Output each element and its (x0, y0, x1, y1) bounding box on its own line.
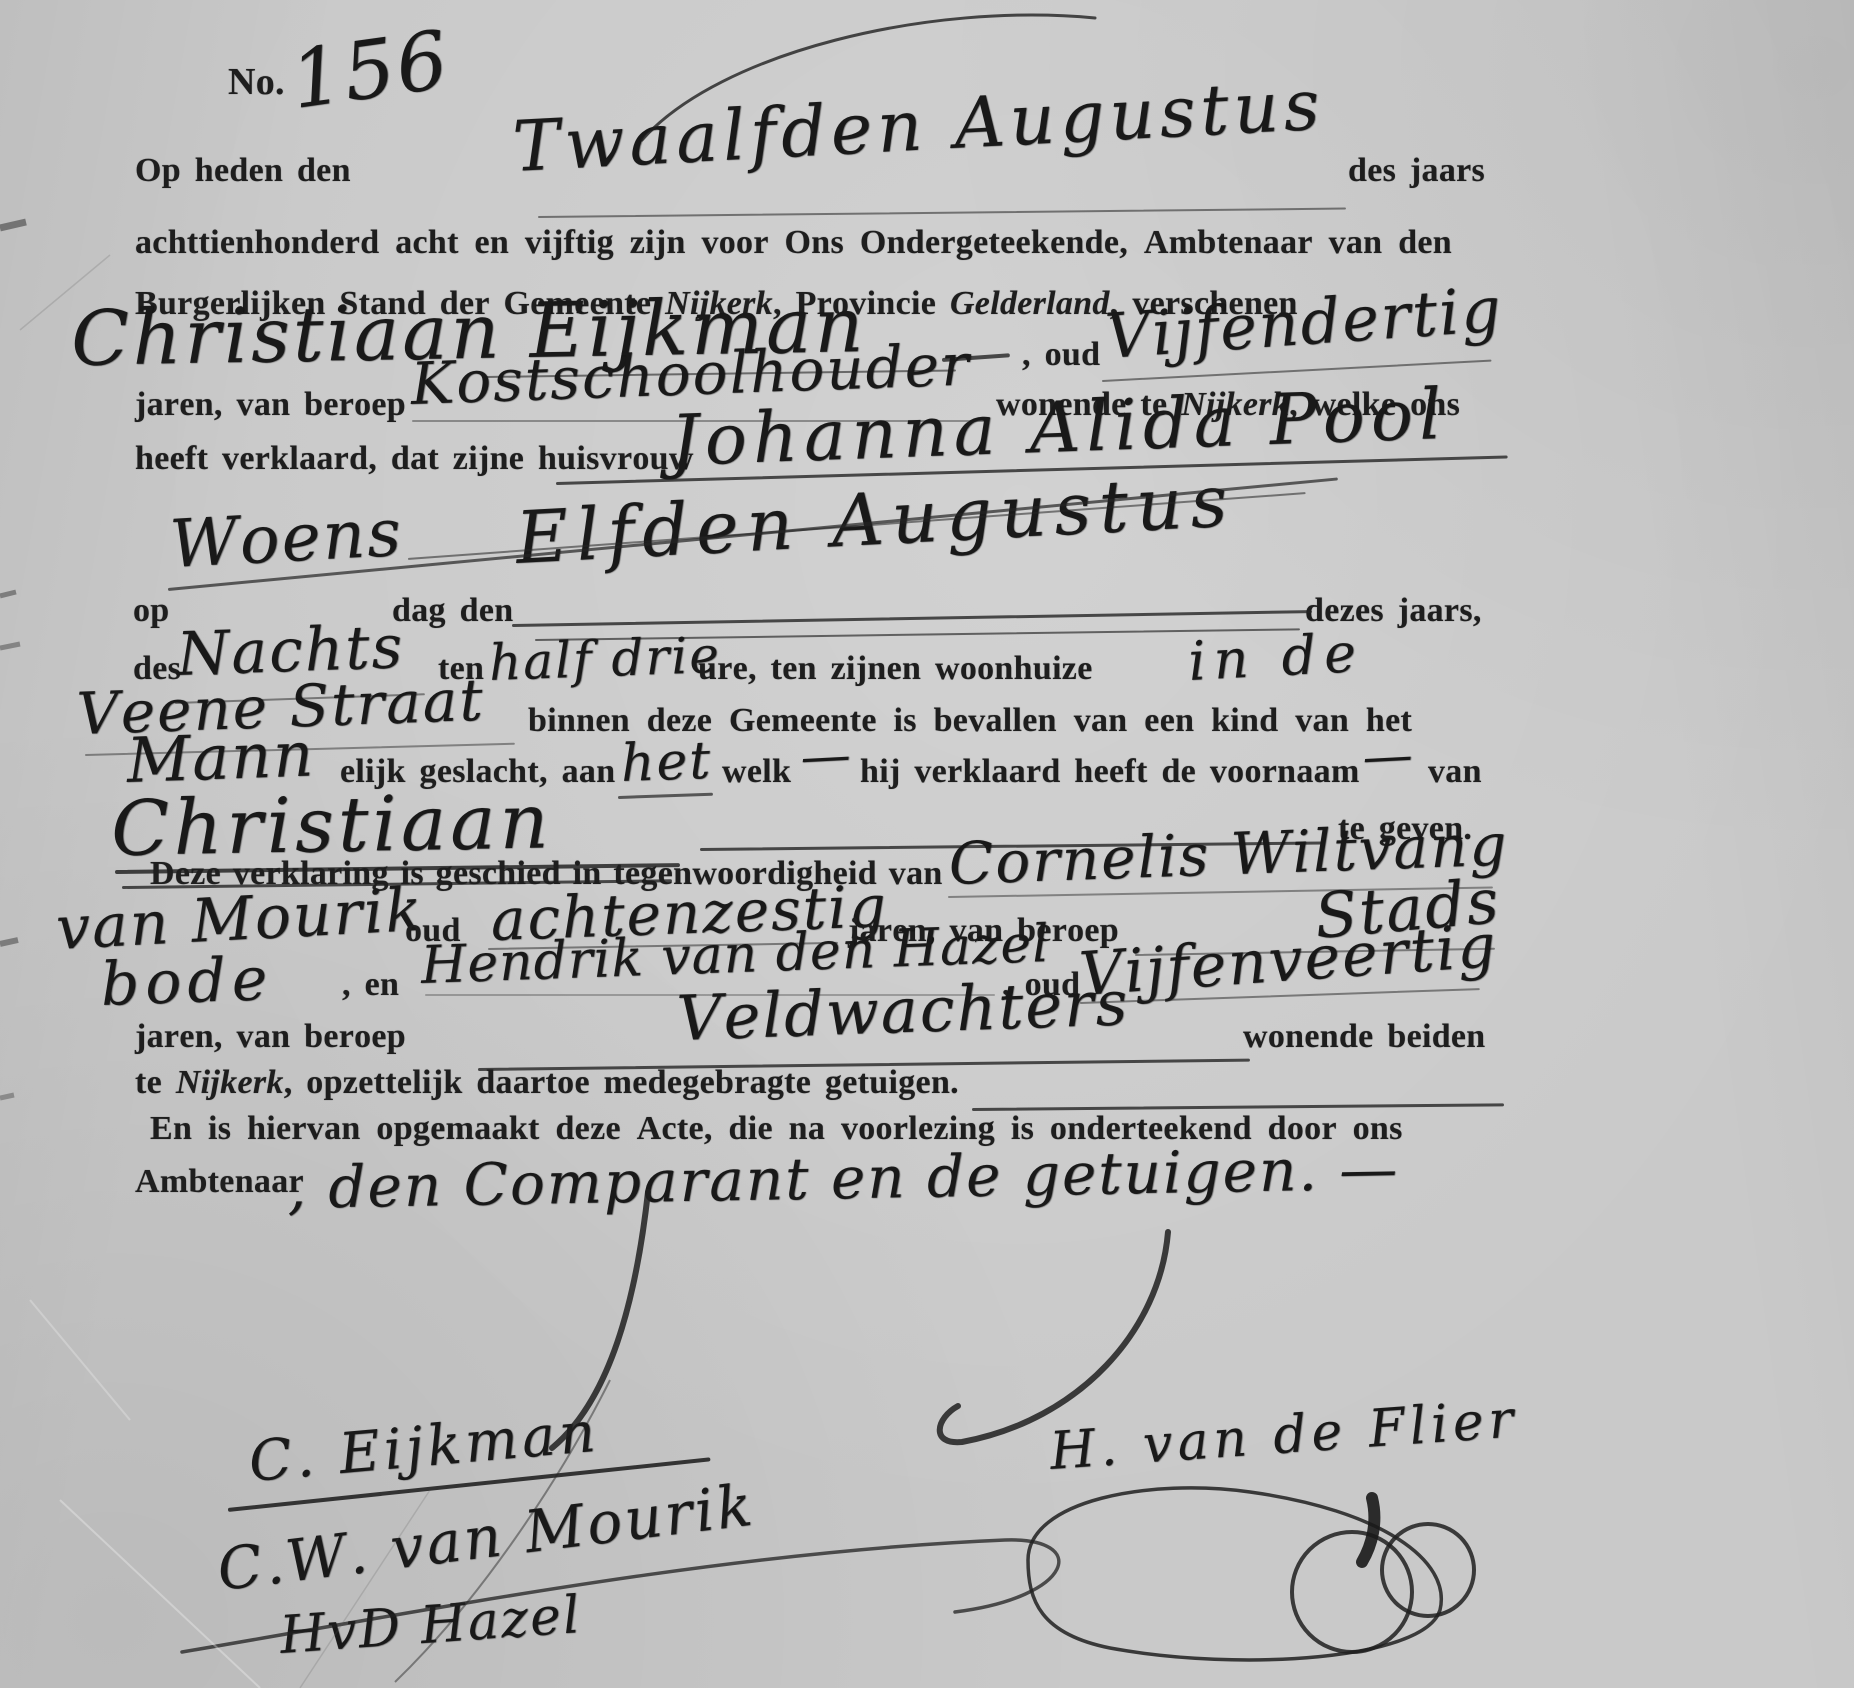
witness2-beroep: jaren, van beroep (135, 1018, 406, 1056)
welk-printed: welk (722, 753, 791, 791)
declarant-age-label: , oud (1022, 336, 1100, 374)
wonende-beiden-printed: wonende beiden (1243, 1018, 1486, 1056)
birth-certificate-scan: No. 156 Op heden den Twaalfden Augustus … (0, 0, 1854, 1688)
signature-witness2: HvD Hazel (278, 1585, 584, 1666)
year-line-printed: achttienhonderd acht en vijftig zijn voo… (135, 224, 1452, 262)
registrar-paraph-oval (1028, 1488, 1441, 1660)
descender-stroke (940, 1232, 1168, 1442)
ink-dash: — (1361, 725, 1416, 786)
witness1-occupation-handwritten-b: bode (100, 944, 275, 1020)
edge-smudge (0, 644, 20, 648)
opening-printed-suffix: des jaars (1348, 152, 1485, 190)
residence2-te: te (135, 1064, 162, 1101)
witness2-en: , en (342, 966, 399, 1004)
residence2-place: Nijkerk (176, 1064, 284, 1101)
registrar-paraph-loop (1382, 1524, 1474, 1616)
witness2-occupation-handwritten: Veldwachters (675, 966, 1130, 1055)
act-number-label: No. (228, 60, 285, 104)
van-printed: van (1428, 753, 1482, 791)
signature-declarant: C. Eijkman (246, 1400, 601, 1495)
residence2-post: , opzettelijk daartoe medegebragte getui… (284, 1064, 959, 1101)
name-clause-printed: hij verklaard heeft de voornaam (860, 753, 1360, 791)
time-hour-handwritten: half drie (488, 626, 722, 692)
registrar-paraph-blot (1362, 1498, 1374, 1562)
opening-printed: Op heden den (135, 152, 351, 190)
birth-place-handwritten-1: in de (1187, 621, 1366, 693)
birthday-op: op (133, 592, 170, 630)
birthday-dagden: dag den (392, 592, 513, 630)
registrar-paraph-loop (1292, 1532, 1412, 1652)
hetwelk-handwritten: het (620, 731, 713, 794)
ink-dash: — (799, 725, 854, 786)
blank-line (512, 610, 1312, 627)
paper-scratch (30, 1300, 130, 1420)
edge-smudge (0, 940, 18, 944)
occupation-label: jaren, van beroep (135, 386, 406, 424)
wife-label: heeft verklaard, dat zijne huisvrouw (135, 440, 694, 478)
witness-residence-line: te Nijkerk, opzettelijk daartoe medegebr… (135, 1064, 959, 1102)
edge-smudge (0, 1095, 14, 1098)
edge-smudge (0, 592, 16, 596)
ambtenaar-printed: Ambtenaar (135, 1163, 304, 1201)
registration-date-handwritten: Twaalfden Augustus (511, 64, 1327, 188)
signature-registrar: H. van de Flier (1048, 1389, 1520, 1482)
province-name: Gelderland (950, 285, 1110, 322)
edge-smudge (0, 222, 26, 228)
blank-line (538, 208, 1346, 218)
act-number-value: 156 (285, 13, 455, 127)
time-suffix: ure, ten zijnen woonhuize (698, 650, 1093, 688)
